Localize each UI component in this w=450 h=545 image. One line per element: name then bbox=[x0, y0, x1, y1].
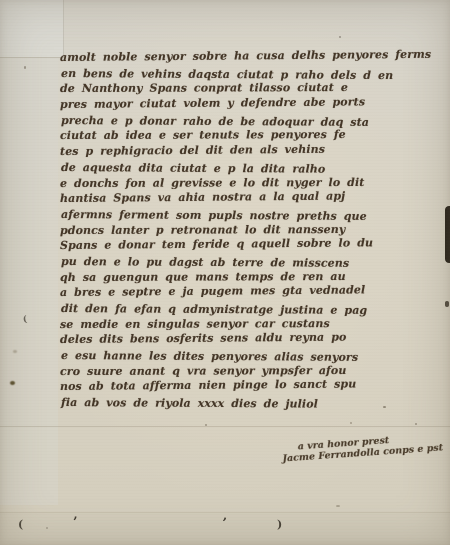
letter-line: nos ab tota afferma nien pinge lo sanct … bbox=[60, 376, 402, 395]
manuscript-photo: amolt noble senyor sobre ha cusa delhs p… bbox=[0, 0, 450, 545]
letter-line: deles dits bens osferits sens aldu reyna… bbox=[60, 329, 402, 348]
ink-speck bbox=[339, 36, 341, 38]
letter-line: fia ab vos de riyola xxxx dies de juliol bbox=[61, 395, 403, 413]
ink-smudge bbox=[13, 350, 17, 353]
letter-line: hantisa Spans va ahia nostra a la qual a… bbox=[60, 188, 402, 207]
letter-line: a bres e septre e ja pugem mes gta vedna… bbox=[60, 282, 402, 301]
ink-mark-bottom-apostrophe: ’ bbox=[73, 516, 78, 529]
ink-speck bbox=[205, 424, 207, 426]
letter-line: amolt noble senyor sobre ha cusa delhs p… bbox=[60, 47, 402, 66]
paper-fold-patch-left bbox=[0, 57, 58, 505]
ink-speck bbox=[415, 423, 417, 425]
ink-mark-bottom-left-paren: ( bbox=[18, 519, 23, 530]
letter-line: pres mayor ciutat volem y defendre abe p… bbox=[60, 94, 402, 113]
ink-speck bbox=[383, 406, 386, 408]
ink-speck bbox=[336, 505, 340, 507]
ink-mark-bottom-right-paren: ) bbox=[277, 519, 282, 530]
fold-crease-middle bbox=[0, 426, 450, 427]
letter-line: tes p rephigracio del dit den als vehins bbox=[60, 141, 402, 160]
ink-speck bbox=[24, 66, 26, 69]
letter-body: amolt noble senyor sobre ha cusa delhs p… bbox=[60, 50, 402, 411]
letter-line: Spans e donar tem feride q aquell sobre … bbox=[60, 235, 402, 254]
fold-crease-horizontal bbox=[0, 57, 64, 58]
ink-speck bbox=[350, 422, 352, 424]
photo-edge-dark-speck bbox=[445, 301, 449, 307]
ink-blot bbox=[10, 381, 15, 385]
photo-edge-dark-notch bbox=[445, 206, 450, 263]
paper-fold-patch-top-left bbox=[0, 0, 64, 57]
ink-speck bbox=[46, 527, 48, 529]
signature-block: a vra honor prest Jacme Ferrandolla conp… bbox=[281, 431, 442, 464]
fold-crease-vertical bbox=[63, 0, 64, 57]
